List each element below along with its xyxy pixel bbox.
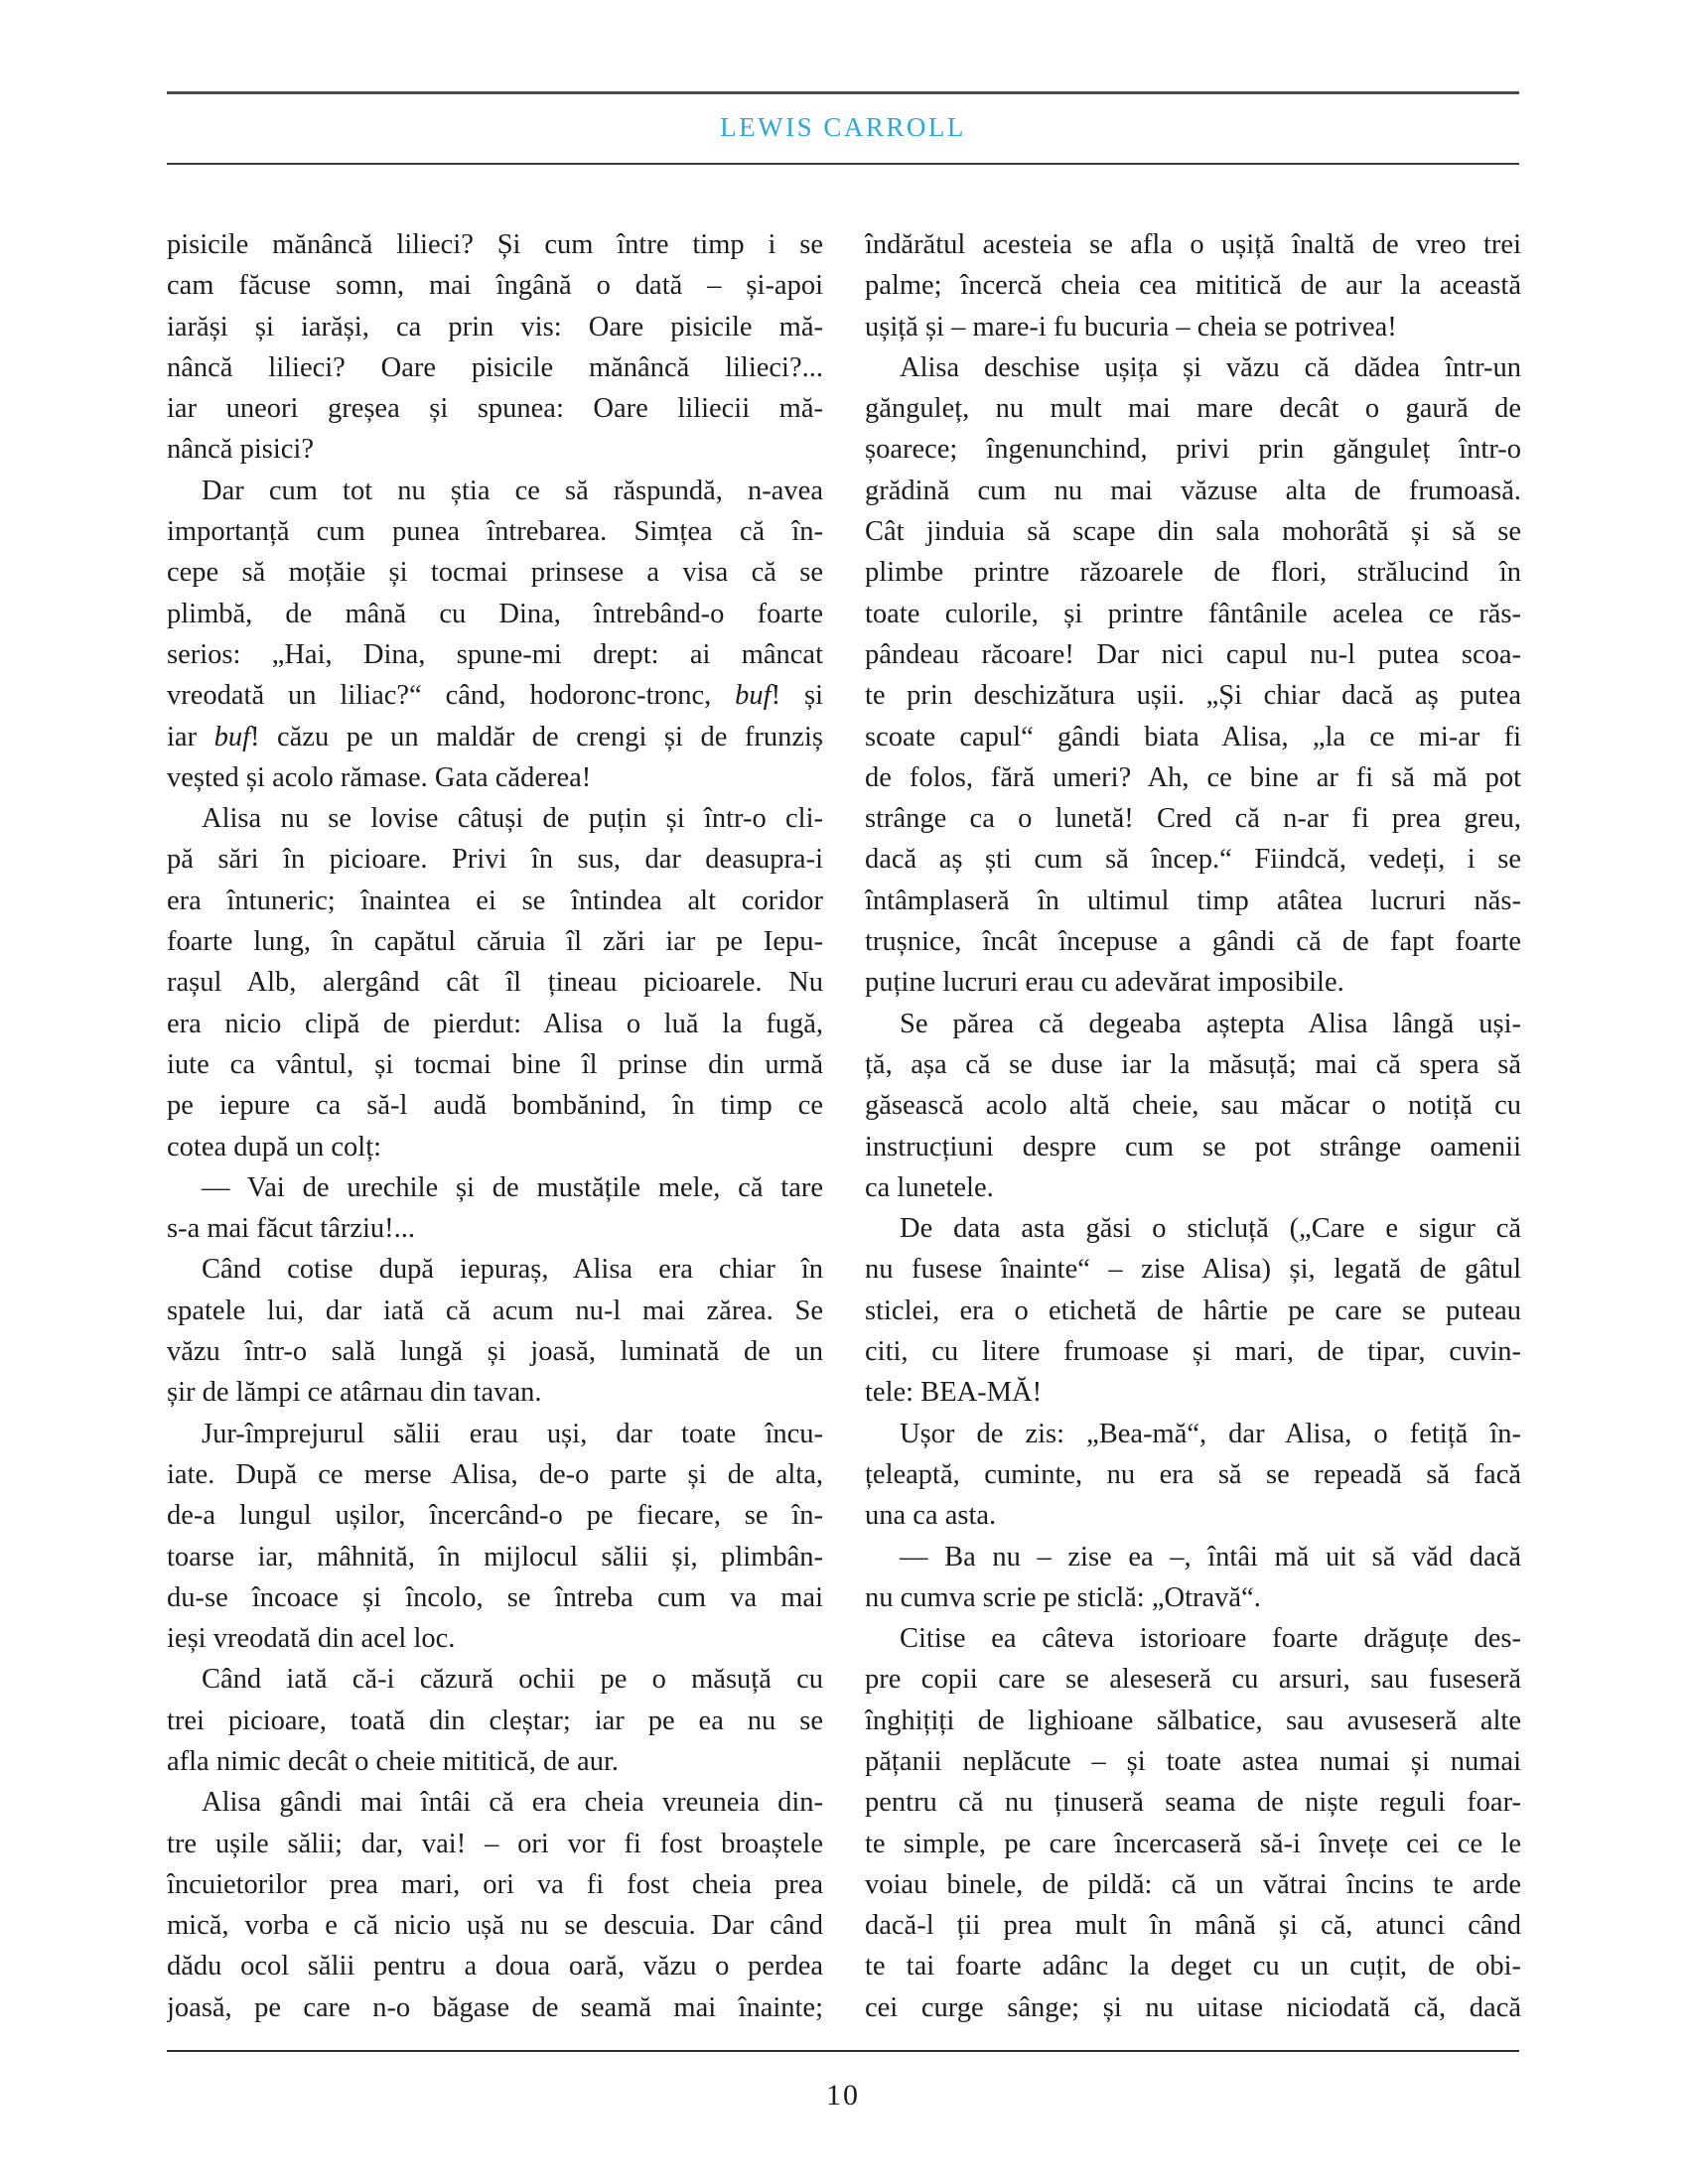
text-line: șir de lămpi ce atârnau din tavan. bbox=[167, 1372, 823, 1413]
text-line: dacă-l ții prea mult în mână și că, atun… bbox=[865, 1905, 1521, 1946]
text-line: văzu într-o sală lungă și joasă, luminat… bbox=[167, 1331, 823, 1372]
text-line: toarse iar, mâhnită, în mijlocul sălii ș… bbox=[167, 1537, 823, 1577]
text-line: cei curge sânge; și nu uitase niciodată … bbox=[865, 1987, 1521, 2028]
text-line: instrucțiuni despre cum se pot strânge o… bbox=[865, 1127, 1521, 1167]
text-line: Alisa deschise ușița și văzu că dădea în… bbox=[865, 347, 1521, 388]
text-line: gănguleț, nu mult mai mare decât o gaură… bbox=[865, 388, 1521, 429]
text-line: îndărătul acesteia se afla o ușiță înalt… bbox=[865, 224, 1521, 265]
text-line: ță, așa că se duse iar la măsuță; mai că… bbox=[865, 1044, 1521, 1085]
text-line: importanță cum punea întrebarea. Simțea … bbox=[167, 511, 823, 552]
text-line: iarăși și iarăși, ca prin vis: Oare pisi… bbox=[167, 307, 823, 347]
text-line: cotea după un colț: bbox=[167, 1127, 823, 1167]
text-line: Când cotise după iepuraș, Alisa era chia… bbox=[167, 1249, 823, 1290]
two-column-text-block: pisicile mănâncă lilieci? Și cum între t… bbox=[167, 224, 1521, 2028]
text-line: Cât jinduia să scape din sala mohorâtă ș… bbox=[865, 511, 1521, 552]
text-line: găsească acolo altă cheie, sau măcar o n… bbox=[865, 1085, 1521, 1126]
text-line: țeleaptă, cuminte, nu era să se repeadă … bbox=[865, 1454, 1521, 1495]
page-number: 10 bbox=[167, 2079, 1519, 2113]
text-line: foarte lung, în capătul căruia îl zări i… bbox=[167, 921, 823, 962]
text-line: tre ușile sălii; dar, vai! – ori vor fi … bbox=[167, 1824, 823, 1864]
text-line: nu fusese înainte“ – zise Alisa) și, leg… bbox=[865, 1249, 1521, 1290]
footer-rule bbox=[167, 2050, 1519, 2052]
text-line: scoate capul“ gândi biata Alisa, „la ce … bbox=[865, 717, 1521, 757]
text-line: palme; încercă cheia cea mititică de aur… bbox=[865, 265, 1521, 306]
left-text-column: pisicile mănâncă lilieci? Și cum între t… bbox=[167, 224, 823, 2028]
text-line: tele: BEA-MĂ! bbox=[865, 1372, 1521, 1413]
text-line: înghițiți de lighioane sălbatice, sau av… bbox=[865, 1701, 1521, 1741]
text-line: cepe să moțăie și tocmai prinsese a visa… bbox=[167, 552, 823, 593]
text-line: Jur-împrejurul sălii erau uși, dar toate… bbox=[167, 1414, 823, 1454]
text-line: pă sări în picioare. Privi în sus, dar d… bbox=[167, 839, 823, 880]
text-line: ieși vreodată din acel loc. bbox=[167, 1618, 823, 1659]
text-line: Dar cum tot nu știa ce să răspundă, n-av… bbox=[167, 471, 823, 511]
right-text-column: îndărătul acesteia se afla o ușiță înalt… bbox=[865, 224, 1521, 2028]
text-line: pentru că nu ținuseră seama de niște reg… bbox=[865, 1782, 1521, 1823]
text-line: ușiță și – mare-i fu bucuria – cheia se … bbox=[865, 307, 1521, 347]
text-line: cam făcuse somn, mai îngână o dată – și-… bbox=[167, 265, 823, 306]
text-line: voiau binele, de pildă: că un vătrai înc… bbox=[865, 1864, 1521, 1905]
text-line: pisicile mănâncă lilieci? Și cum între t… bbox=[167, 224, 823, 265]
text-line: pe iepure ca să-l audă bombănind, în tim… bbox=[167, 1085, 823, 1126]
text-line: veșted și acolo rămase. Gata căderea! bbox=[167, 757, 823, 798]
text-line: du-se încoace și încolo, se întreba cum … bbox=[167, 1577, 823, 1618]
text-line: șoarece; îngenunchind, privi prin găngul… bbox=[865, 429, 1521, 470]
text-line: spatele lui, dar iată că acum nu-l mai z… bbox=[167, 1291, 823, 1331]
text-line: Alisa nu se lovise câtuși de puțin și în… bbox=[167, 798, 823, 839]
text-line: — Vai de urechile și de mustățile mele, … bbox=[167, 1167, 823, 1208]
header-bottom-rule bbox=[167, 163, 1519, 165]
text-line: dacă aș ști cum să încep.“ Fiindcă, vede… bbox=[865, 839, 1521, 880]
text-line: ca lunetele. bbox=[865, 1167, 1521, 1208]
text-line: Se părea că degeaba aștepta Alisa lângă … bbox=[865, 1004, 1521, 1044]
text-line: — Ba nu – zise ea –, întâi mă uit să văd… bbox=[865, 1537, 1521, 1577]
text-line: citi, cu litere frumoase și mari, de tip… bbox=[865, 1331, 1521, 1372]
text-line: nâncă pisici? bbox=[167, 429, 823, 470]
text-line: iute ca vântul, și tocmai bine îl prinse… bbox=[167, 1044, 823, 1085]
text-line: nâncă lilieci? Oare pisicile mănâncă lil… bbox=[167, 347, 823, 388]
text-line: iate. După ce merse Alisa, de-o parte și… bbox=[167, 1454, 823, 1495]
text-line: trușnice, încât începuse a gândi că de f… bbox=[865, 921, 1521, 962]
text-line: pândeau răcoare! Dar nici capul nu-l put… bbox=[865, 634, 1521, 675]
text-line: era nicio clipă de pierdut: Alisa o luă … bbox=[167, 1004, 823, 1044]
text-line: vreodată un liliac?“ când, hodoronc-tron… bbox=[167, 675, 823, 716]
header-top-rule bbox=[167, 91, 1519, 94]
text-line: de-a lungul ușilor, încercând-o pe fieca… bbox=[167, 1495, 823, 1536]
text-line: încuietorilor prea mari, ori va fi fost … bbox=[167, 1864, 823, 1905]
running-head-author-title: LEWIS CARROLL bbox=[167, 109, 1519, 145]
text-line: Alisa gândi mai întâi că era cheia vreun… bbox=[167, 1782, 823, 1823]
text-line: afla nimic decât o cheie mititică, de au… bbox=[167, 1741, 823, 1782]
text-line: toate culorile, și printre fântânile ace… bbox=[865, 594, 1521, 634]
text-line: Ușor de zis: „Bea-mă“, dar Alisa, o feti… bbox=[865, 1414, 1521, 1454]
text-line: pățanii neplăcute – și toate astea numai… bbox=[865, 1741, 1521, 1782]
text-line: trei picioare, toată din cleștar; iar pe… bbox=[167, 1701, 823, 1741]
text-line: Când iată că-i căzură ochii pe o măsuță … bbox=[167, 1659, 823, 1700]
text-line: plimbe printre răzoarele de flori, străl… bbox=[865, 552, 1521, 593]
text-line: puține lucruri erau cu adevărat imposibi… bbox=[865, 962, 1521, 1003]
text-line: pre copii care se aleseseră cu arsuri, s… bbox=[865, 1659, 1521, 1700]
text-line: una ca asta. bbox=[865, 1495, 1521, 1536]
text-line: iar uneori greșea și spunea: Oare liliec… bbox=[167, 388, 823, 429]
text-line: te tai foarte adânc la deget cu un cuțit… bbox=[865, 1946, 1521, 1986]
text-line: grădină cum nu mai văzuse alta de frumoa… bbox=[865, 471, 1521, 511]
text-line: rașul Alb, alergând cât îl țineau picioa… bbox=[167, 962, 823, 1003]
text-line: de folos, fără umeri? Ah, ce bine ar fi … bbox=[865, 757, 1521, 798]
text-line: serios: „Hai, Dina, spune-mi drept: ai m… bbox=[167, 634, 823, 675]
text-line: dădu ocol sălii pentru a doua oară, văzu… bbox=[167, 1946, 823, 1986]
text-line: te simple, pe care încercaseră să-i înve… bbox=[865, 1824, 1521, 1864]
text-line: joasă, pe care n-o băgase de seamă mai î… bbox=[167, 1987, 823, 2028]
text-line: mică, vorba e că nicio ușă nu se descuia… bbox=[167, 1905, 823, 1946]
text-line: strânge ca o lunetă! Cred că n-ar fi pre… bbox=[865, 798, 1521, 839]
text-line: era întuneric; înaintea ei se întindea a… bbox=[167, 881, 823, 921]
text-line: te prin deschizătura ușii. „Și chiar dac… bbox=[865, 675, 1521, 716]
text-line: sticlei, era o etichetă de hârtie pe car… bbox=[865, 1291, 1521, 1331]
text-line: nu cumva scrie pe sticlă: „Otravă“. bbox=[865, 1577, 1521, 1618]
text-line: iar buf! căzu pe un maldăr de crengi și … bbox=[167, 717, 823, 757]
text-line: plimbă, de mână cu Dina, întrebând-o foa… bbox=[167, 594, 823, 634]
text-line: Citise ea câteva istorioare foarte drăgu… bbox=[865, 1618, 1521, 1659]
text-line: De data asta găsi o sticluță („Care e si… bbox=[865, 1208, 1521, 1249]
text-line: întâmplaseră în ultimul timp atâtea lucr… bbox=[865, 881, 1521, 921]
text-line: s-a mai făcut târziu!... bbox=[167, 1208, 823, 1249]
